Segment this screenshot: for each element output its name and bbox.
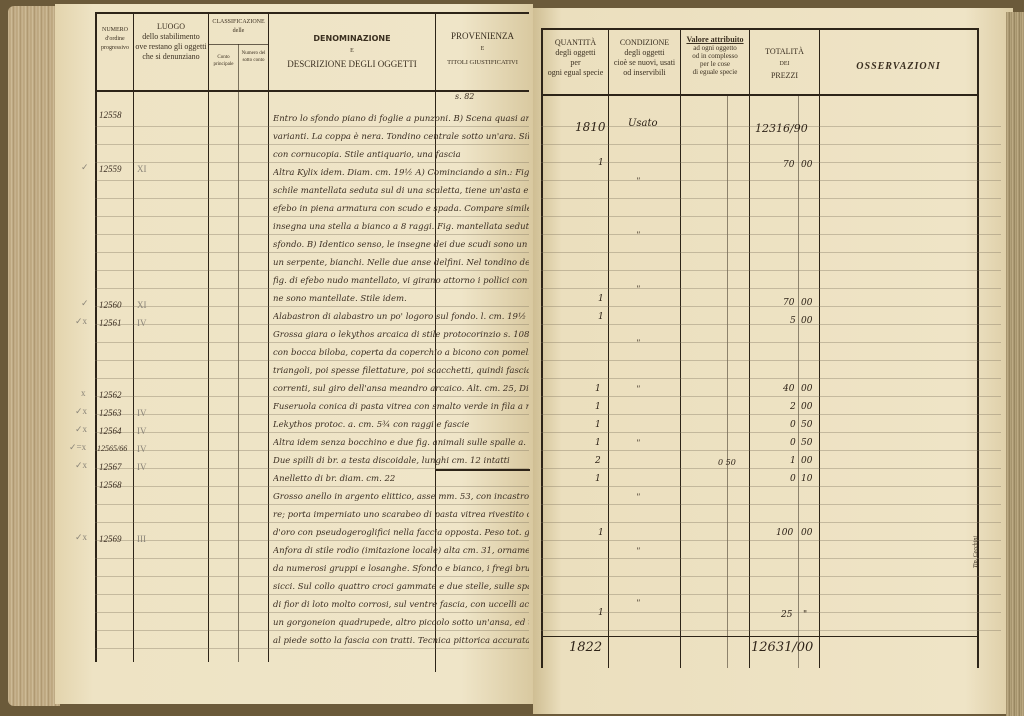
description-line: Lekythos protoc. a. cm. 5¾ con raggi e f…: [273, 420, 529, 430]
total-cent: 50: [801, 438, 812, 448]
total-lire: 1: [790, 456, 796, 466]
description-line: Grossa giara o lekythos arcaica di stile…: [273, 330, 529, 340]
description-line: insegna una stella a bianco a 8 raggi. F…: [273, 222, 529, 232]
quantity: 1: [595, 420, 601, 430]
left-page: NUMERO d'ordine progressivo LUOGO dello …: [55, 4, 533, 704]
header-line: ad ogni oggetto: [681, 44, 749, 52]
description-line: al piede sotto la fascia con tratti. Tec…: [273, 636, 529, 646]
total-cent: 00: [801, 528, 812, 538]
quantity: 1: [598, 158, 604, 168]
page-edges-left: [8, 6, 60, 706]
header-totalita: TOTALITÀ DEI PREZZI: [750, 46, 819, 82]
total-cent: ": [803, 610, 807, 620]
ditto-mark: ": [636, 230, 640, 240]
total-cent: 10: [801, 474, 812, 484]
header-classificazione: CLASSIFICAZIONE delle: [209, 18, 268, 36]
quantity: 1: [598, 528, 604, 538]
printer-mark: Tip. Cecchini: [973, 536, 979, 568]
entry-location: III: [137, 534, 146, 544]
header-line: od in complesso: [681, 52, 749, 60]
header-line: ove restano gli oggetti: [134, 42, 208, 52]
description-line: triangoli, poi spesse filettature, poi s…: [273, 366, 529, 376]
entry-location: XI: [137, 300, 147, 310]
header-line: che si denunziano: [134, 52, 208, 62]
quantity: 1: [598, 608, 604, 618]
description-line: un serpente, bianchi. Nelle due anse del…: [273, 258, 529, 268]
pencil-check-mark: ✓x: [75, 460, 87, 471]
provenienza-note: s. 82: [455, 92, 474, 101]
description-line: di fior di loto molto corrosi, sul ventr…: [273, 600, 529, 610]
header-valore: Valore attribuito ad ogni oggetto od in …: [681, 36, 749, 76]
header-line: NUMERO: [97, 26, 133, 35]
description-line: da numerosi gruppi e losanghe. Sfondo e …: [273, 564, 529, 574]
description-line: Altra Kylix idem. Diam. cm. 19½ A) Comin…: [273, 168, 529, 178]
header-line: E: [436, 43, 529, 56]
ditto-mark: ": [636, 338, 640, 348]
total-cent: 00: [801, 456, 812, 466]
description-line: Anfora di stile rodio (imitazione locale…: [273, 546, 529, 556]
header-line: DENOMINAZIONE: [269, 32, 435, 45]
right-page: QUANTITÀ degli oggetti per ogni egual sp…: [533, 8, 1013, 714]
description-line: sicci. Sul collo quattro croci gammate e…: [273, 582, 529, 592]
header-line: TOTALITÀ: [750, 46, 819, 58]
ledger-book: NUMERO d'ordine progressivo LUOGO dello …: [0, 0, 1024, 716]
entry-number: 12560: [99, 300, 122, 310]
pencil-check-mark: ✓=x: [69, 442, 86, 453]
entry-number: 12561: [99, 318, 122, 328]
quantity: 2: [595, 456, 601, 466]
ditto-mark: ": [636, 176, 640, 186]
header-quantita: QUANTITÀ degli oggetti per ogni egual sp…: [543, 38, 608, 78]
total-lire: 70: [783, 160, 794, 170]
description-line: correnti, sul giro dell'ansa meandro arc…: [273, 384, 529, 394]
description-line: re; porta imperniato uno scarabeo di pas…: [273, 510, 529, 520]
page-edges-right: [1006, 12, 1024, 716]
description-line: d'oro con pseudogeroglifici nella faccia…: [273, 528, 529, 538]
header-osservazioni: OSSERVAZIONI: [820, 62, 977, 72]
total-cent: 50: [801, 420, 812, 430]
pencil-check-mark: ✓x: [75, 316, 87, 327]
description-line: schile mantellata seduta sul di una scal…: [273, 186, 529, 196]
total-lire: 0: [790, 420, 796, 430]
total-cent: 00: [801, 160, 812, 170]
pencil-check-mark: ✓x: [75, 406, 87, 417]
total-lire: 40: [783, 384, 794, 394]
description-line: efebo in piena armatura con scudo e spad…: [273, 204, 529, 214]
header-line: CLASSIFICAZIONE: [209, 18, 268, 27]
ditto-mark: ": [636, 492, 640, 502]
header-conto-principale: Conto principale: [209, 54, 238, 68]
entry-number: 12564: [99, 426, 122, 436]
header-line: per le cose: [681, 60, 749, 68]
entry-location: IV: [137, 462, 147, 472]
description-line: Alabastron di alabastro un po' logoro su…: [273, 312, 529, 322]
description-line: varianti. La coppa è nera. Tondino centr…: [273, 132, 529, 142]
header-line: od inservibili: [609, 68, 680, 78]
carried-condition: Usato: [628, 118, 658, 129]
header-line: di eguale specie: [681, 68, 749, 76]
entry-location: IV: [137, 426, 147, 436]
description-line: Due spilli di br. a testa discoidale, lu…: [273, 456, 529, 466]
description-line: con cornucopia. Stile antiquario, una fa…: [273, 150, 529, 160]
header-line: E: [269, 45, 435, 58]
header-line: TITOLI GIUSTIFICATIVI: [436, 56, 529, 69]
description-line: ne sono mantellate. Stile idem.: [273, 294, 529, 304]
entry-location: IV: [137, 408, 147, 418]
header-line: PROVENIENZA: [436, 30, 529, 43]
entry-number: 12559: [99, 164, 122, 174]
entry-location: IV: [137, 444, 147, 454]
quantity: 1: [598, 312, 604, 322]
carried-total: 12316/90: [755, 122, 808, 135]
pencil-check-mark: ✓: [81, 162, 89, 173]
entry-number: 12569: [99, 534, 122, 544]
quantity: 1: [595, 384, 601, 394]
total-lire: 5: [790, 316, 796, 326]
total-quantity: 1822: [569, 640, 602, 655]
header-line: ogni egual specie: [543, 68, 608, 78]
entry-number: 12558: [99, 110, 122, 120]
description-line: Altra idem senza bocchino e due fig. ani…: [273, 438, 529, 448]
header-line: degli oggetti: [609, 48, 680, 58]
total-lire: 2: [790, 402, 796, 412]
carried-quantity: 1810: [575, 120, 606, 134]
entry-number: 12567: [99, 462, 122, 472]
header-line: CONDIZIONE: [609, 38, 680, 48]
header-line: cioè se nuovi, usati: [609, 58, 680, 68]
header-sotto-conto: Numero del sotto conto: [239, 50, 268, 64]
header-line: delle: [209, 27, 268, 36]
header-line: LUOGO: [134, 22, 208, 32]
total-lire: 0: [790, 474, 796, 484]
total-cent: 00: [801, 402, 812, 412]
entry-number: 12565/66: [97, 444, 127, 453]
quantity: 1: [595, 438, 601, 448]
description-line: fig. di efebo nudo mantellato, vi girano…: [273, 276, 529, 286]
header-line: Valore attribuito: [681, 36, 749, 44]
total-lire: 0: [790, 438, 796, 448]
pencil-check-mark: ✓x: [75, 532, 87, 543]
header-provenienza: PROVENIENZA E TITOLI GIUSTIFICATIVI: [436, 30, 529, 69]
quantity: 1: [595, 402, 601, 412]
description-line: Entro lo sfondo piano di foglie a punzon…: [273, 114, 529, 124]
header-line: DESCRIZIONE DEGLI OGGETTI: [269, 58, 435, 71]
description-line: un gorgoneion quadrupede, altro piccolo …: [273, 618, 529, 628]
pencil-check-mark: x: [81, 388, 86, 398]
entry-location: XI: [137, 164, 147, 174]
entry-number: 12562: [99, 390, 122, 400]
pencil-check-mark: ✓: [81, 298, 89, 309]
header-condizione: CONDIZIONE degli oggetti cioè se nuovi, …: [609, 38, 680, 78]
header-line: QUANTITÀ: [543, 38, 608, 48]
entry-location: IV: [137, 318, 147, 328]
header-line: PREZZI: [750, 70, 819, 82]
description-line: sfondo. B) Identico senso, le insegne de…: [273, 240, 529, 250]
quantity: 1: [598, 294, 604, 304]
total-cent: 00: [801, 298, 812, 308]
header-line: per: [543, 58, 608, 68]
ditto-mark: ": [636, 438, 640, 448]
unit-value: 0 50: [718, 458, 736, 467]
ditto-mark: ": [636, 546, 640, 556]
grand-total: 12631/00: [751, 640, 813, 655]
header-line: d'ordine: [97, 35, 133, 44]
entry-number: 12563: [99, 408, 122, 418]
total-lire: 70: [783, 298, 794, 308]
description-line: Grosso anello in argento elittico, asse …: [273, 492, 529, 502]
total-lire: 25: [781, 610, 792, 620]
ditto-mark: ": [636, 284, 640, 294]
total-cent: 00: [801, 316, 812, 326]
entry-number: 12568: [99, 480, 122, 490]
description-line: Anelletto di br. diam. cm. 22: [273, 474, 529, 484]
header-luogo: LUOGO dello stabilimento ove restano gli…: [134, 22, 208, 62]
header-line: degli oggetti: [543, 48, 608, 58]
header-line: dello stabilimento: [134, 32, 208, 42]
total-lire: 100: [776, 528, 793, 538]
header-line: progressivo: [97, 44, 133, 53]
total-cent: 00: [801, 384, 812, 394]
ditto-mark: ": [636, 384, 640, 394]
description-line: Fuseruola conica di pasta vitrea con sma…: [273, 402, 529, 412]
header-numero: NUMERO d'ordine progressivo: [97, 26, 133, 53]
description-line: con bocca biloba, coperta da coperchio a…: [273, 348, 529, 358]
quantity: 1: [595, 474, 601, 484]
header-denominazione: DENOMINAZIONE E DESCRIZIONE DEGLI OGGETT…: [269, 32, 435, 71]
ditto-mark: ": [636, 598, 640, 608]
header-line: DEI: [750, 58, 819, 70]
pencil-check-mark: ✓x: [75, 424, 87, 435]
